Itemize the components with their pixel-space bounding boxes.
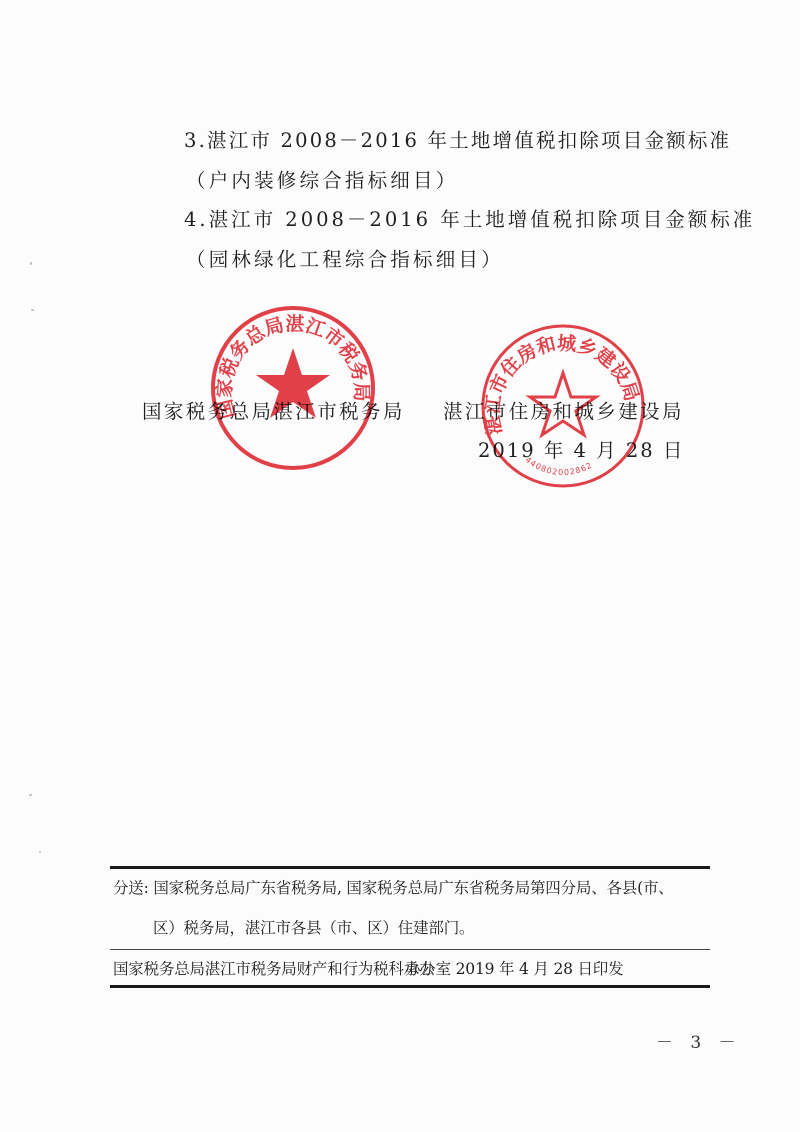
document-page: 3.湛江市 2008－2016 年土地增值税扣除项目金额标准 （户内装修综合指标… <box>0 0 800 1132</box>
issue-office-date: 办公室 2019 年 4 月 28 日印发 <box>405 962 623 978</box>
attachment-3-subtitle: （户内装修综合指标细目） <box>186 171 458 191</box>
scan-speck <box>30 262 32 265</box>
scan-speck <box>31 309 34 311</box>
scan-speck <box>29 794 32 796</box>
official-seal-housing-bureau: 湛江市住房和城乡建设局 440802002862 <box>478 321 648 491</box>
attachment-3-title: 3.湛江市 2008－2016 年土地增值税扣除项目金额标准 <box>184 131 731 151</box>
distribution-line-1: 分送: 国家税务总局广东省税务局, 国家税务总局广东省税务局第四分局、各县(市、 <box>113 881 674 897</box>
footer-rule-top <box>110 866 710 869</box>
footer-rule-bottom <box>110 985 710 988</box>
svg-text:440802002862: 440802002862 <box>523 455 594 477</box>
issuing-department: 国家税务总局湛江市税务局财产和行为税科承办 <box>113 962 434 978</box>
scan-speck <box>39 851 41 853</box>
attachment-4-subtitle: （园林绿化工程综合指标细目） <box>186 250 504 270</box>
distribution-line-2: 区）税务局，湛江市各县（市、区）住建部门。 <box>153 921 474 937</box>
official-seal-tax-bureau: 国家税务总局湛江市税务局 <box>208 303 378 473</box>
page-number: － 3 － <box>656 1028 742 1053</box>
star-icon <box>256 348 330 418</box>
footer-rule-middle <box>110 949 710 950</box>
attachment-4-title: 4.湛江市 2008－2016 年土地增值税扣除项目金额标准 <box>184 210 755 230</box>
star-icon <box>530 373 596 435</box>
stamp-right-code: 440802002862 <box>523 455 594 477</box>
